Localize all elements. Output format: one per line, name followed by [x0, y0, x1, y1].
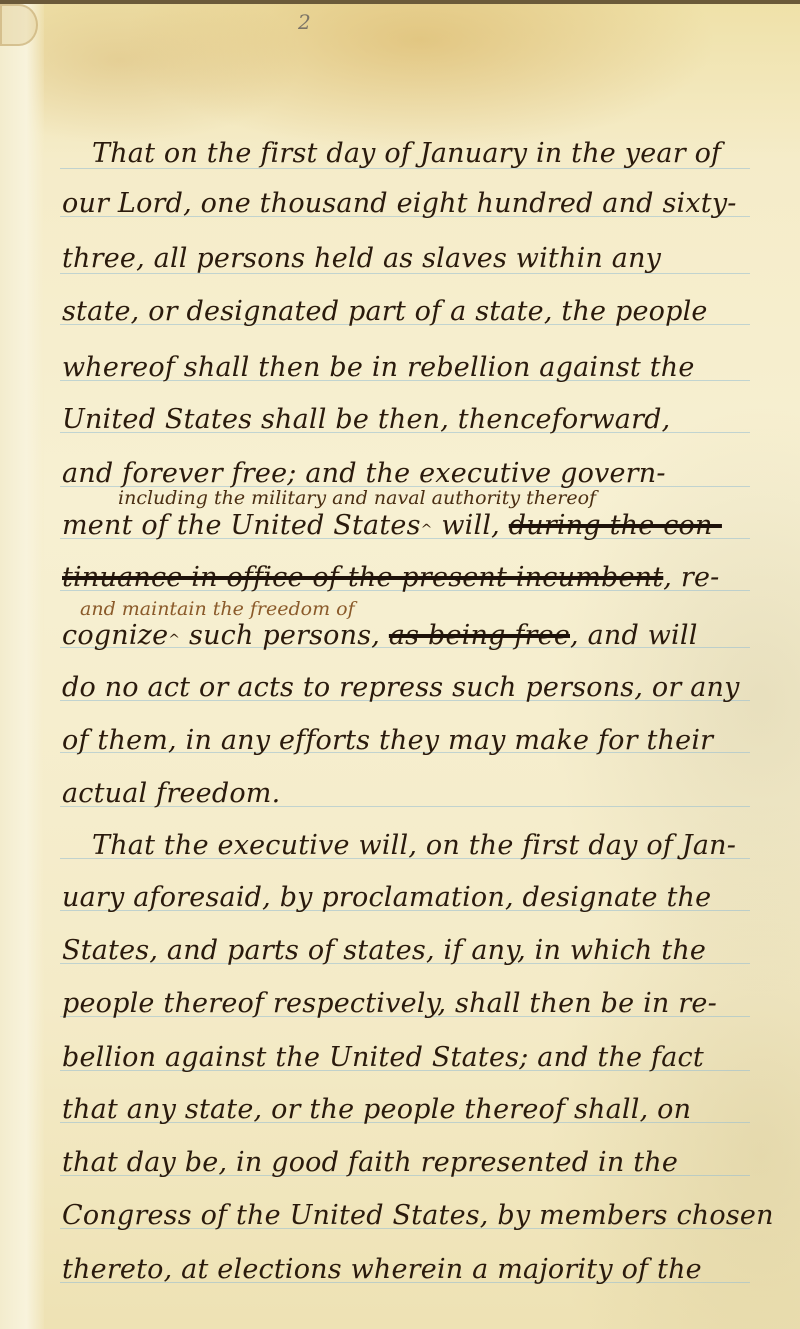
- text-segment: , and will: [570, 620, 698, 651]
- text-segment: will,: [433, 510, 509, 541]
- text-line: cognize^ such persons, as being free, an…: [62, 620, 762, 651]
- insertion-caret: ^: [168, 632, 180, 648]
- text-line: uary aforesaid, by proclamation, designa…: [62, 882, 762, 913]
- text-line: do no act or acts to repress such person…: [62, 672, 762, 703]
- corner-stain: [0, 4, 38, 46]
- text-segment: cognize: [62, 620, 168, 651]
- text-line: our Lord, one thousand eight hundred and…: [62, 188, 762, 219]
- text-line: That on the first day of January in the …: [92, 138, 792, 169]
- text-segment: , re-: [663, 562, 719, 593]
- text-line: that day be, in good faith represented i…: [62, 1147, 762, 1178]
- insertion-caret: ^: [421, 522, 433, 538]
- text-line: people thereof respectively, shall then …: [62, 988, 762, 1019]
- text-line: tinuance in office of the present incumb…: [62, 562, 762, 593]
- manuscript-page: 2 That on the first day of January in th…: [0, 0, 800, 1329]
- text-segment: such persons,: [180, 620, 389, 651]
- text-line: Congress of the United States, by member…: [62, 1200, 762, 1231]
- struck-text: during the con-: [509, 510, 722, 541]
- page-left-margin: [0, 0, 44, 1329]
- insertion-maintain-freedom: and maintain the freedom of: [80, 598, 355, 620]
- text-line: thereto, at elections wherein a majority…: [62, 1254, 762, 1285]
- text-line: United States shall be then, thenceforwa…: [62, 404, 762, 435]
- text-line: States, and parts of states, if any, in …: [62, 935, 762, 966]
- text-line: of them, in any efforts they may make fo…: [62, 725, 762, 756]
- text-line: state, or designated part of a state, th…: [62, 296, 762, 327]
- page-number: 2: [298, 10, 311, 34]
- page-top-edge: [0, 0, 800, 4]
- insertion-military-naval: including the military and naval authori…: [118, 487, 596, 509]
- struck-text: tinuance in office of the present incumb…: [62, 562, 663, 593]
- text-line: and forever free; and the executive gove…: [62, 458, 762, 489]
- text-line: ment of the United States^ will, during …: [62, 510, 762, 541]
- text-segment: ment of the United States: [62, 510, 421, 541]
- text-line: bellion against the United States; and t…: [62, 1042, 762, 1073]
- struck-text: as being free: [389, 620, 570, 651]
- text-line: That the executive will, on the first da…: [92, 830, 792, 861]
- text-line: that any state, or the people thereof sh…: [62, 1094, 762, 1125]
- text-line: whereof shall then be in rebellion again…: [62, 352, 762, 383]
- text-line: actual freedom.: [62, 778, 762, 809]
- text-line: three, all persons held as slaves within…: [62, 243, 762, 274]
